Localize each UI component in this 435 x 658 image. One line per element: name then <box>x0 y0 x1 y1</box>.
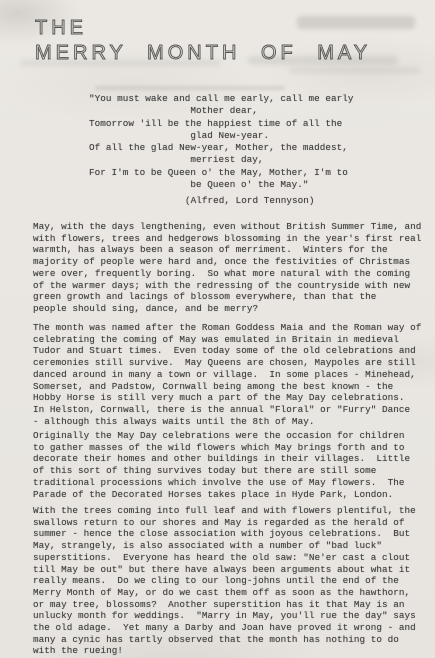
body-paragraph-4: With the trees coming into full leaf and… <box>33 505 416 657</box>
body-paragraph-3: Originally the May Day celebrations were… <box>33 430 410 500</box>
poem-attribution: (Alfred, Lord Tennyson) <box>185 195 314 207</box>
bleed-through-smudge <box>290 68 420 73</box>
document-title-line-2: MERRY MONTH OF MAY <box>35 41 371 66</box>
document-page: THE MERRY MONTH OF MAY "You must wake an… <box>0 0 435 658</box>
document-title: THE MERRY MONTH OF MAY <box>35 16 371 66</box>
body-paragraph-2: The month was named after the Roman Godd… <box>33 322 421 427</box>
poem-quote: "You must wake and call me early, call m… <box>89 93 354 191</box>
body-paragraph-1: May, with the days lengthening, even wit… <box>33 221 421 315</box>
document-title-line-1: THE <box>35 16 371 41</box>
bleed-through-smudge <box>95 86 285 90</box>
